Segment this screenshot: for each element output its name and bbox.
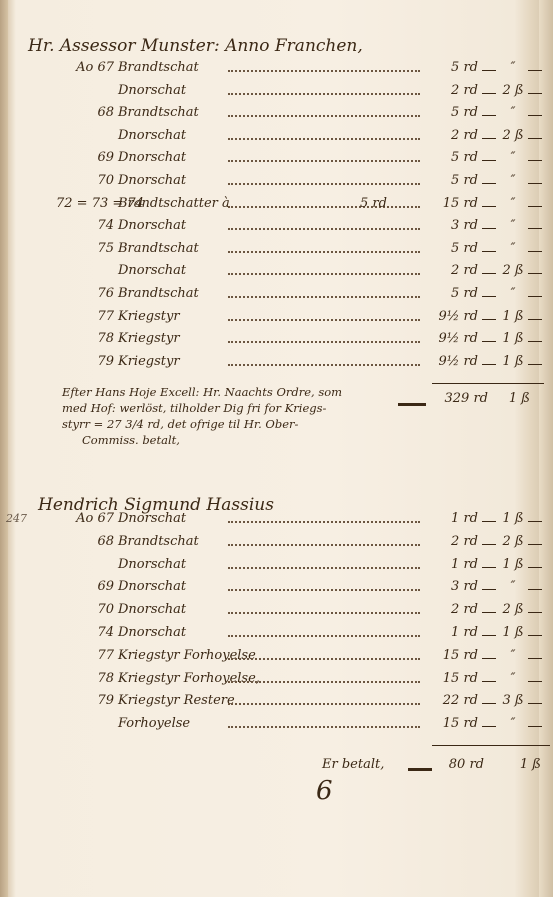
dash: [528, 635, 542, 636]
dash: [482, 658, 496, 659]
row-year: 77: [56, 309, 114, 324]
row-rigsdaler: 3 rd: [428, 218, 478, 233]
row-year: 70: [56, 173, 114, 188]
dash: [528, 296, 542, 297]
dash: [482, 635, 496, 636]
row-year: 68: [56, 105, 114, 120]
row-year: 72 = 73 = 74: [56, 196, 114, 211]
row-rigsdaler: 15 rd: [428, 196, 478, 211]
row-rigsdaler: 1 rd: [428, 625, 478, 640]
row-skilling: 2 ß: [500, 602, 526, 617]
dash: [482, 251, 496, 252]
section1-heading: Hr. Assessor Munster: Anno Franchen,: [28, 36, 363, 56]
row-rigsdaler: 2 rd: [428, 128, 478, 143]
dash: [528, 115, 542, 116]
margin-number: 247: [6, 512, 27, 525]
row-year: Ao 67: [56, 511, 114, 526]
dash: [528, 589, 542, 590]
row-description: Dnorschat: [118, 557, 186, 572]
book-binding: [0, 0, 8, 897]
dotted-leader: [228, 138, 420, 140]
row-skilling: 3 ß: [500, 693, 526, 708]
row-rigsdaler: 1 rd: [428, 511, 478, 526]
dash: [482, 296, 496, 297]
row-description: Forhoyelse: [118, 716, 190, 731]
row-skilling: ″: [500, 173, 526, 188]
dash: [528, 612, 542, 613]
row-year: 79: [56, 693, 114, 708]
dotted-leader: [228, 521, 420, 523]
row-year: 69: [56, 579, 114, 594]
dash: [482, 544, 496, 545]
row-year: 78: [56, 331, 114, 346]
row-skilling: ″: [500, 218, 526, 233]
row-description: Dnorschat: [118, 511, 186, 526]
row-year: 78: [56, 671, 114, 686]
row-skilling: ″: [500, 105, 526, 120]
dash: [528, 273, 542, 274]
row-rigsdaler: 5 rd: [428, 150, 478, 165]
row-description: Dnorschat: [118, 625, 186, 640]
dash: [482, 115, 496, 116]
dash: [482, 319, 496, 320]
dash: [482, 93, 496, 94]
dash: [528, 228, 542, 229]
dotted-leader: [228, 319, 420, 321]
row-rigsdaler: 2 rd: [428, 263, 478, 278]
dotted-leader: [228, 567, 420, 569]
row-rigsdaler: 22 rd: [428, 693, 478, 708]
dash: [482, 612, 496, 613]
dash: [528, 93, 542, 94]
dash: [482, 726, 496, 727]
row-rigsdaler: 2 rd: [428, 534, 478, 549]
dash: [528, 726, 542, 727]
row-skilling: 1 ß: [500, 625, 526, 640]
dotted-leader: [228, 251, 420, 253]
dotted-leader: [228, 160, 420, 162]
row-description: Brandtschat: [118, 60, 199, 75]
dash: [528, 70, 542, 71]
dotted-leader: [228, 115, 420, 117]
row-skilling: ″: [500, 648, 526, 663]
row-description: Dnorschat: [118, 173, 186, 188]
row-year: 69: [56, 150, 114, 165]
row-rigsdaler: 5 rd: [428, 286, 478, 301]
dash: [528, 703, 542, 704]
row-skilling: 2 ß: [500, 128, 526, 143]
row-skilling: 1 ß: [500, 331, 526, 346]
sum-rule: [432, 745, 550, 746]
row-skilling: 2 ß: [500, 263, 526, 278]
section2-total-label: Er betalt,: [322, 757, 384, 772]
row-description: Dnorschat: [118, 150, 186, 165]
row-description: Brandtschat: [118, 286, 199, 301]
row-rigsdaler: 15 rd: [428, 671, 478, 686]
section2-total-sk: 1 ß: [505, 757, 541, 772]
page-edge: [539, 0, 553, 897]
dash: [482, 160, 496, 161]
row-rigsdaler: 9½ rd: [428, 309, 478, 324]
dash: [528, 658, 542, 659]
dash: [482, 183, 496, 184]
ledger-page: Hr. Assessor Munster: Anno Franchen, Ao …: [0, 0, 553, 897]
dotted-leader: [228, 296, 420, 298]
dash: [482, 567, 496, 568]
row-rigsdaler: 9½ rd: [428, 331, 478, 346]
row-skilling: 2 ß: [500, 83, 526, 98]
row-skilling: ″: [500, 60, 526, 75]
dotted-leader: [228, 612, 420, 614]
row-description: Dnorschat: [118, 83, 186, 98]
dash: [482, 273, 496, 274]
note-line: Efter Hans Hoje Excell: Hr. Naachts Ordr…: [62, 384, 342, 400]
dotted-leader: [228, 183, 420, 185]
row-subamount: 5 rd: [360, 196, 387, 211]
row-year: 74: [56, 218, 114, 233]
row-description: Kriegstyr Restere: [118, 693, 235, 708]
row-rigsdaler: 1 rd: [428, 557, 478, 572]
dash: [482, 341, 496, 342]
row-year: 74: [56, 625, 114, 640]
dash: [482, 681, 496, 682]
dash: [482, 228, 496, 229]
section1-total-sk: 1 ß: [500, 391, 530, 406]
dotted-leader: [228, 635, 420, 637]
dotted-leader: [228, 658, 420, 660]
row-year: 79: [56, 354, 114, 369]
row-description: Brandtschat: [118, 105, 199, 120]
dash: [528, 319, 542, 320]
equals-mark: [408, 768, 432, 771]
dotted-leader: [228, 273, 420, 275]
row-year: 77: [56, 648, 114, 663]
row-rigsdaler: 5 rd: [428, 105, 478, 120]
row-skilling: ″: [500, 196, 526, 211]
dotted-leader: [228, 206, 420, 208]
row-year: 76: [56, 286, 114, 301]
row-rigsdaler: 5 rd: [428, 173, 478, 188]
dash: [482, 206, 496, 207]
row-skilling: ″: [500, 579, 526, 594]
row-rigsdaler: 3 rd: [428, 579, 478, 594]
row-skilling: ″: [500, 150, 526, 165]
row-skilling: ″: [500, 286, 526, 301]
dotted-leader: [228, 93, 420, 95]
row-description: Kriegstyr Forhoyelse,: [118, 671, 260, 686]
row-skilling: ″: [500, 671, 526, 686]
row-skilling: 1 ß: [500, 557, 526, 572]
dash: [482, 521, 496, 522]
dash: [482, 589, 496, 590]
row-description: Dnorschat: [118, 579, 186, 594]
row-year: 75: [56, 241, 114, 256]
dotted-leader: [228, 228, 420, 230]
dotted-leader: [228, 703, 420, 705]
dotted-leader: [228, 681, 420, 683]
dash: [528, 681, 542, 682]
dotted-leader: [228, 364, 420, 366]
row-rigsdaler: 5 rd: [428, 60, 478, 75]
row-skilling: 1 ß: [500, 511, 526, 526]
row-description: Kriegstyr: [118, 331, 180, 346]
dotted-leader: [228, 726, 420, 728]
section1-note: Efter Hans Hoje Excell: Hr. Naachts Ordr…: [62, 384, 342, 448]
note-line: Commiss. betalt,: [62, 432, 342, 448]
row-rigsdaler: 9½ rd: [428, 354, 478, 369]
dash: [528, 521, 542, 522]
dash: [528, 364, 542, 365]
row-description: Kriegstyr: [118, 309, 180, 324]
row-rigsdaler: 5 rd: [428, 241, 478, 256]
dash: [482, 364, 496, 365]
dash: [528, 138, 542, 139]
row-description: Dnorschat: [118, 128, 186, 143]
row-rigsdaler: 15 rd: [428, 648, 478, 663]
row-description: Dnorschat: [118, 602, 186, 617]
dash: [528, 160, 542, 161]
row-skilling: 1 ß: [500, 354, 526, 369]
page-mark: 6: [316, 776, 333, 806]
row-skilling: 1 ß: [500, 309, 526, 324]
note-line: med Hof: werlöst, tilholder Dig fri for …: [62, 400, 342, 416]
dash: [528, 341, 542, 342]
row-rigsdaler: 2 rd: [428, 83, 478, 98]
dash: [482, 703, 496, 704]
row-description: Dnorschat: [118, 218, 186, 233]
sum-rule: [432, 383, 544, 384]
row-year: Ao 67: [56, 60, 114, 75]
note-line: styrr = 27 3/4 rd, det ofrige til Hr. Ob…: [62, 416, 342, 432]
row-rigsdaler: 2 rd: [428, 602, 478, 617]
row-skilling: ″: [500, 716, 526, 731]
row-description: Kriegstyr Forhoyelse: [118, 648, 256, 663]
row-description: Brandtschat: [118, 534, 199, 549]
dash: [482, 70, 496, 71]
row-skilling: 2 ß: [500, 534, 526, 549]
dash: [482, 138, 496, 139]
section2-total-rd: 80 rd: [432, 757, 484, 772]
row-skilling: ″: [500, 241, 526, 256]
row-year: 70: [56, 602, 114, 617]
dash: [528, 251, 542, 252]
dash: [528, 544, 542, 545]
row-description: Dnorschat: [118, 263, 186, 278]
dotted-leader: [228, 70, 420, 72]
dash: [528, 183, 542, 184]
dotted-leader: [228, 341, 420, 343]
dotted-leader: [228, 589, 420, 591]
dash: [528, 206, 542, 207]
equals-mark: [398, 403, 426, 406]
row-description: Brandtschatter à: [118, 196, 230, 211]
row-year: 68: [56, 534, 114, 549]
dash: [528, 567, 542, 568]
row-rigsdaler: 15 rd: [428, 716, 478, 731]
row-description: Brandtschat: [118, 241, 199, 256]
row-description: Kriegstyr: [118, 354, 180, 369]
dotted-leader: [228, 544, 420, 546]
section1-total-rd: 329 rd: [430, 391, 488, 406]
